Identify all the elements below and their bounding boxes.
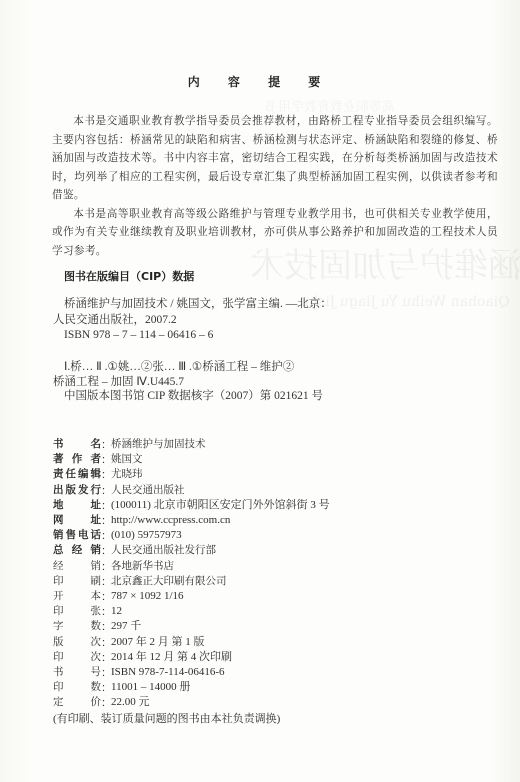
colophon-row: 印数：11001 – 14000 册 bbox=[53, 680, 330, 695]
colophon-label: 定价 bbox=[53, 695, 101, 710]
colophon-colon: ： bbox=[101, 543, 111, 558]
colophon-colon: ： bbox=[101, 665, 111, 680]
colophon-row: 网址：http://www.ccpress.com.cn bbox=[53, 513, 330, 528]
colophon-value: http://www.ccpress.com.cn bbox=[111, 513, 230, 528]
colophon-label: 著作者 bbox=[53, 452, 101, 467]
colophon-colon: ： bbox=[101, 498, 111, 513]
colophon-label: 经销 bbox=[53, 559, 101, 574]
colophon-label: 开本 bbox=[53, 589, 101, 604]
colophon-row: 印刷：北京鑫正大印刷有限公司 bbox=[53, 574, 330, 589]
colophon-value: 12 bbox=[111, 604, 122, 619]
colophon-value: ISBN 978-7-114-06416-6 bbox=[111, 665, 225, 680]
colophon-value: 297 千 bbox=[111, 619, 141, 634]
quality-notice: (有印刷、装订质量问题的图书由本社负责调换) bbox=[53, 712, 330, 727]
summary-section: 本书是交通职业教育教学指导委员会推荐教材，由路桥工程专业指导委员会组织编写。主要… bbox=[52, 112, 498, 260]
colophon-colon: ： bbox=[101, 604, 111, 619]
colophon-value: 人民交通出版社发行部 bbox=[111, 543, 216, 558]
colophon-row: 印次：2014 年 12 月 第 4 次印刷 bbox=[53, 650, 330, 665]
colophon-row: 字数：297 千 bbox=[53, 619, 330, 634]
colophon-row: 书号：ISBN 978-7-114-06416-6 bbox=[53, 665, 330, 680]
summary-title: 内 容 提 要 bbox=[0, 73, 520, 90]
colophon-row: 印张：12 bbox=[53, 604, 330, 619]
colophon: 书名：桥涵维护与加固技术著作者：姚国文责任编辑：尤晓玮出版发行：人民交通出版社地… bbox=[53, 437, 330, 727]
colophon-row: 版次：2007 年 2 月 第 1 版 bbox=[53, 635, 330, 650]
colophon-row: 销售电话：(010) 59757973 bbox=[53, 528, 330, 543]
colophon-value: 11001 – 14000 册 bbox=[111, 680, 190, 695]
colophon-row: 责任编辑：尤晓玮 bbox=[53, 467, 330, 482]
colophon-label: 印张 bbox=[53, 604, 101, 619]
colophon-colon: ： bbox=[101, 559, 111, 574]
book-copyright-page: 高等职业教育教学用书 桥涵维护与加固技术 Qiaohan Weihu Yu Ji… bbox=[0, 0, 520, 782]
colophon-value: 2007 年 2 月 第 1 版 bbox=[111, 635, 205, 650]
colophon-colon: ： bbox=[101, 650, 111, 665]
colophon-label: 印刷 bbox=[53, 574, 101, 589]
summary-paragraph: 本书是高等职业教育高等级公路维护与管理专业教学用书，也可供相关专业教学使用，或作… bbox=[52, 205, 498, 261]
colophon-label: 书号 bbox=[53, 665, 101, 680]
colophon-colon: ： bbox=[101, 680, 111, 695]
colophon-label: 印数 bbox=[53, 680, 101, 695]
cip-line: Ⅰ.桥… Ⅱ .①姚…②张… Ⅲ .①桥涵工程 – 维护② bbox=[53, 360, 332, 376]
colophon-label: 版次 bbox=[53, 635, 101, 650]
colophon-colon: ： bbox=[101, 513, 111, 528]
cip-record-number: 中国版本图书馆 CIP 数据核字（2007）第 021621 号 bbox=[64, 387, 323, 403]
colophon-label: 印次 bbox=[53, 650, 101, 665]
colophon-row: 地址：(100011) 北京市朝阳区安定门外外馆斜街 3 号 bbox=[53, 498, 330, 513]
colophon-value: 各地新华书店 bbox=[111, 559, 174, 574]
colophon-colon: ： bbox=[101, 437, 111, 452]
colophon-value: 22.00 元 bbox=[111, 695, 150, 710]
colophon-value: 人民交通出版社 bbox=[111, 483, 185, 498]
colophon-label: 字数 bbox=[53, 619, 101, 634]
cip-line: 桥涵维护与加固技术 / 姚国文，张学富主编. —北京： bbox=[53, 297, 332, 313]
colophon-label: 地址 bbox=[53, 498, 101, 513]
colophon-label: 销售电话 bbox=[53, 528, 101, 543]
colophon-colon: ： bbox=[101, 574, 111, 589]
colophon-colon: ： bbox=[101, 452, 111, 467]
colophon-value: (010) 59757973 bbox=[111, 528, 182, 543]
colophon-colon: ： bbox=[101, 528, 111, 543]
colophon-value: 北京鑫正大印刷有限公司 bbox=[111, 574, 227, 589]
colophon-row: 著作者：姚国文 bbox=[53, 452, 330, 467]
cip-record: 桥涵维护与加固技术 / 姚国文，张学富主编. —北京： 人民交通出版社，2007… bbox=[53, 297, 332, 391]
colophon-row: 书名：桥涵维护与加固技术 bbox=[53, 437, 330, 452]
colophon-value: (100011) 北京市朝阳区安定门外外馆斜街 3 号 bbox=[111, 498, 330, 513]
colophon-row: 定价：22.00 元 bbox=[53, 695, 330, 710]
colophon-row: 总经销：人民交通出版社发行部 bbox=[53, 543, 330, 558]
colophon-colon: ： bbox=[101, 483, 111, 498]
colophon-value: 2014 年 12 月 第 4 次印刷 bbox=[111, 650, 232, 665]
colophon-value: 桥涵维护与加固技术 bbox=[111, 437, 206, 452]
colophon-value: 787 × 1092 1/16 bbox=[111, 589, 184, 604]
cip-isbn-line: ISBN 978 – 7 – 114 – 06416 – 6 bbox=[53, 328, 332, 344]
colophon-colon: ： bbox=[101, 695, 111, 710]
cip-line: 人民交通出版社，2007.2 bbox=[53, 313, 332, 329]
colophon-value: 姚国文 bbox=[111, 452, 143, 467]
colophon-label: 出版发行 bbox=[53, 483, 101, 498]
colophon-label: 总经销 bbox=[53, 543, 101, 558]
colophon-colon: ： bbox=[101, 589, 111, 604]
colophon-row: 经销：各地新华书店 bbox=[53, 559, 330, 574]
cip-heading: 图书在版编目（CIP）数据 bbox=[64, 268, 194, 284]
summary-paragraph: 本书是交通职业教育教学指导委员会推荐教材，由路桥工程专业指导委员会组织编写。主要… bbox=[52, 112, 498, 205]
colophon-colon: ： bbox=[101, 467, 111, 482]
colophon-row: 开本：787 × 1092 1/16 bbox=[53, 589, 330, 604]
colophon-colon: ： bbox=[101, 635, 111, 650]
colophon-colon: ： bbox=[101, 619, 111, 634]
colophon-row: 出版发行：人民交通出版社 bbox=[53, 483, 330, 498]
colophon-label: 责任编辑 bbox=[53, 467, 101, 482]
colophon-value: 尤晓玮 bbox=[111, 467, 143, 482]
colophon-label: 网址 bbox=[53, 513, 101, 528]
colophon-label: 书名 bbox=[53, 437, 101, 452]
